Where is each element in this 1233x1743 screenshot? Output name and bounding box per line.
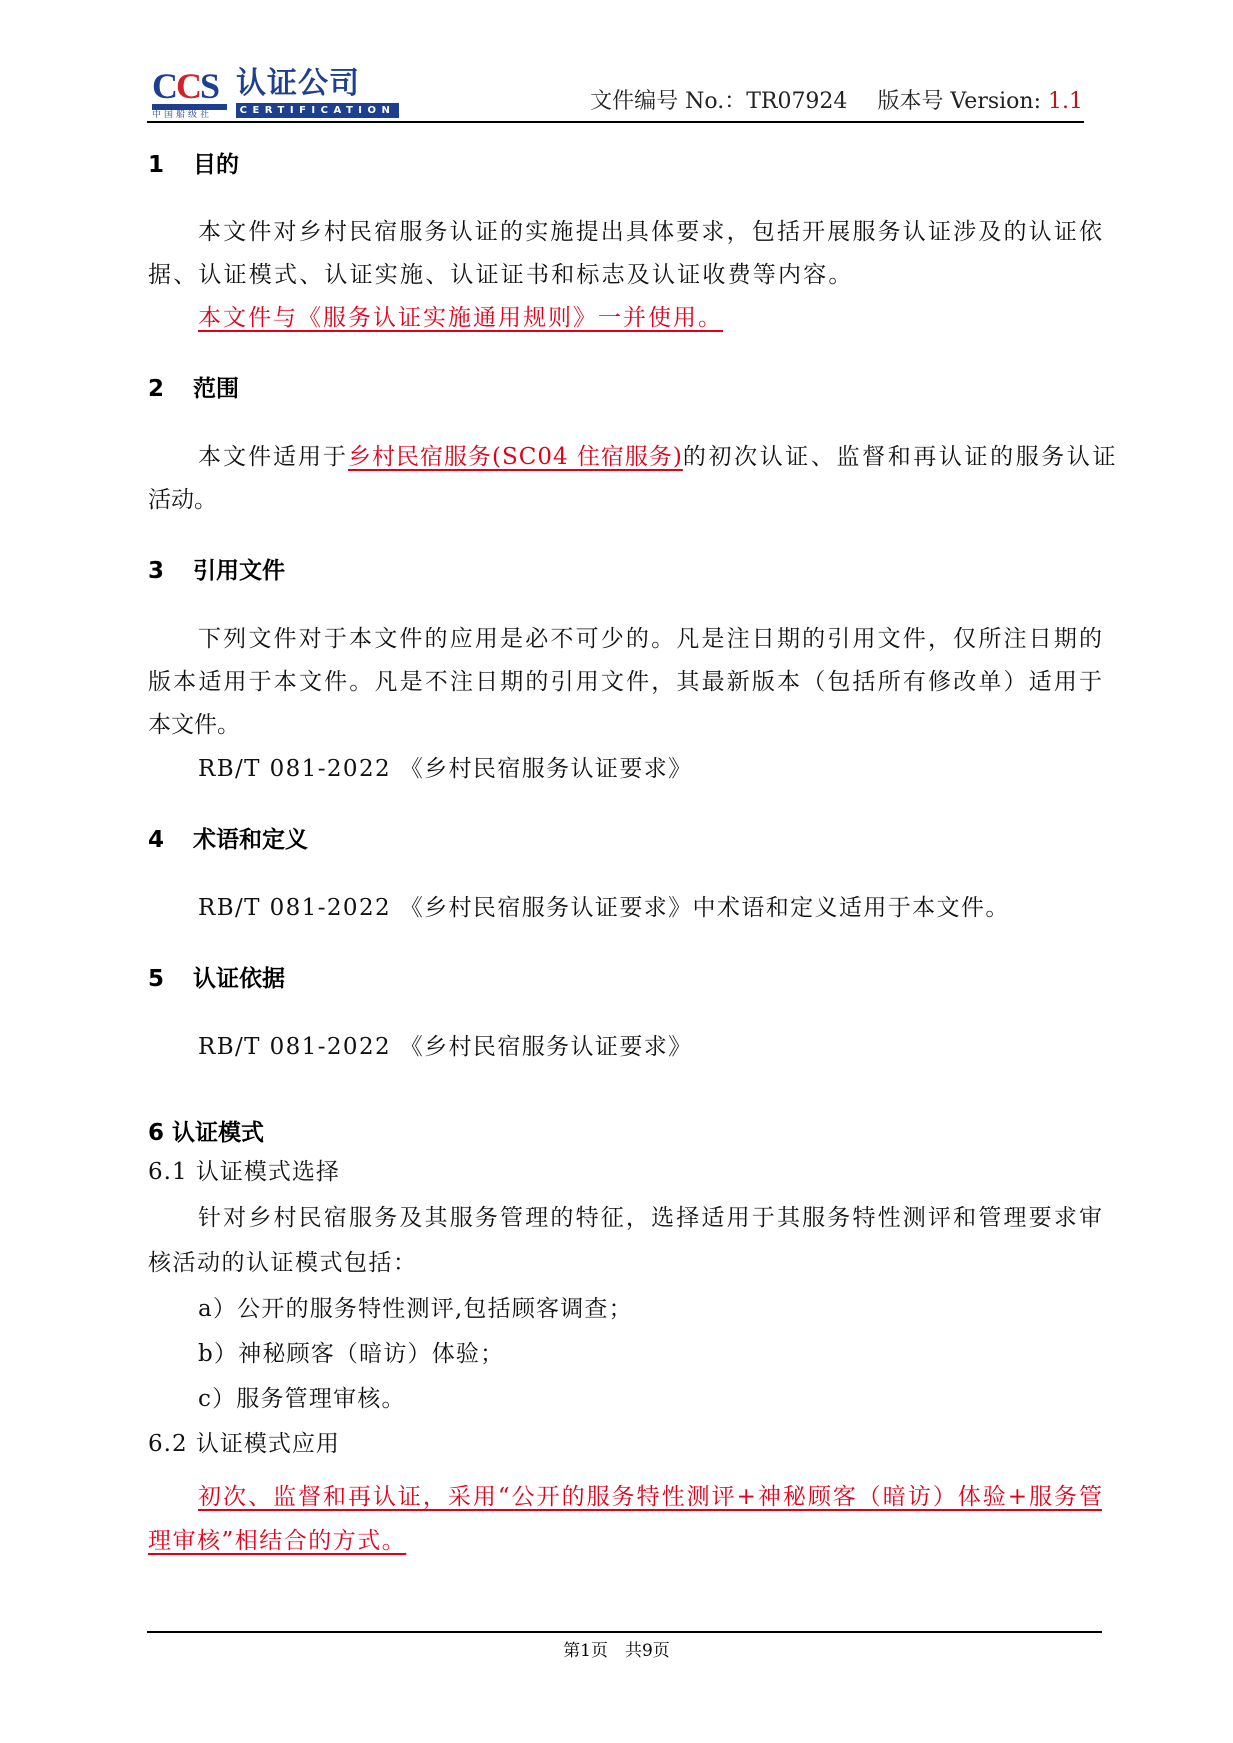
section-6-heading: 6认证模式 xyxy=(148,1118,264,1148)
page-number: 第1页 共9页 xyxy=(0,1640,1233,1662)
mode-list-item-a: a）公开的服务特性测评,包括顾客调查； xyxy=(198,1294,633,1324)
section-2-para-line2: 活动。 xyxy=(148,485,217,515)
document-meta: 文件编号 No.：TR07924版本号 Version: 1.1 xyxy=(590,88,1083,116)
logo-ccs-mark: CCS xyxy=(152,68,218,104)
section-6-2-red-line2: 理审核”相结合的方式。 xyxy=(148,1526,406,1556)
section-1-para-line2: 据、认证模式、认证实施、认证证书和标志及认证收费等内容。 xyxy=(148,260,854,290)
text: 本文件适用于 xyxy=(198,442,348,472)
section-title: 术语和定义 xyxy=(193,827,308,853)
section-5-heading: 5认证依据 xyxy=(148,964,285,994)
section-5-para: RB/T 081-2022 《乡村民宿服务认证要求》 xyxy=(198,1032,693,1062)
footer-rule xyxy=(147,1631,1102,1633)
logo-society-cn: 中国船级社 xyxy=(152,110,212,120)
section-number: 3 xyxy=(148,556,193,586)
section-number: 4 xyxy=(148,825,193,855)
section-title: 引用文件 xyxy=(193,558,285,584)
section-title: 目的 xyxy=(193,152,239,178)
logo-certification-band: CERTIFICATION xyxy=(236,103,399,118)
section-3-heading: 3引用文件 xyxy=(148,556,285,586)
mode-list-item-c: c）服务管理审核。 xyxy=(198,1384,406,1414)
section-number: 2 xyxy=(148,374,193,404)
header-rule xyxy=(147,121,1084,123)
section-6-1-para-line2: 核活动的认证模式包括： xyxy=(148,1248,418,1278)
section-title: 认证依据 xyxy=(193,966,285,992)
section-number: 6 xyxy=(148,1118,172,1148)
section-3-para-line2: 版本适用于本文件。凡是不注日期的引用文件，其最新版本（包括所有修改单）适用于 xyxy=(148,667,1102,697)
section-6-2-heading: 6.2 认证模式应用 xyxy=(148,1429,340,1459)
company-logo: CCS 认证公司 中国船级社 CERTIFICATION xyxy=(152,68,402,118)
section-3-para-line1: 下列文件对于本文件的应用是必不可少的。凡是注日期的引用文件，仅所注日期的 xyxy=(198,624,1102,654)
logo-company-name: 认证公司 xyxy=(236,68,360,100)
section-1-red-note: 本文件与《服务认证实施通用规则》一并使用。 xyxy=(198,303,723,333)
section-1-heading: 1目的 xyxy=(148,150,239,180)
section-1-para-line1: 本文件对乡村民宿服务认证的实施提出具体要求，包括开展服务认证涉及的认证依 xyxy=(198,217,1102,247)
doc-number-label: 文件编号 No.： xyxy=(590,89,746,114)
doc-number: TR07924 xyxy=(746,89,847,114)
section-title: 认证模式 xyxy=(172,1120,264,1146)
section-3-para-line3: 本文件。 xyxy=(148,710,240,740)
section-6-1-heading: 6.1 认证模式选择 xyxy=(148,1157,340,1187)
section-4-heading: 4术语和定义 xyxy=(148,825,308,855)
text: 的初次认证、监督和再认证的服务认证 xyxy=(683,442,1118,472)
version-label: 版本号 Version: xyxy=(877,89,1041,114)
section-2-heading: 2范围 xyxy=(148,374,239,404)
section-number: 1 xyxy=(148,150,193,180)
version-value: 1.1 xyxy=(1048,89,1083,114)
section-number: 5 xyxy=(148,964,193,994)
mode-list-item-b: b）神秘顾客（暗访）体验； xyxy=(198,1339,504,1369)
section-2-para-line1: 本文件适用于乡村民宿服务(SC04 住宿服务)的初次认证、监督和再认证的服务认证 xyxy=(198,442,1102,472)
section-3-reference: RB/T 081-2022 《乡村民宿服务认证要求》 xyxy=(198,754,693,784)
section-6-1-para-line1: 针对乡村民宿服务及其服务管理的特征，选择适用于其服务特性测评和管理要求审 xyxy=(198,1203,1102,1233)
section-title: 范围 xyxy=(193,376,239,402)
section-6-2-red-line1: 初次、监督和再认证，采用“公开的服务特性测评+神秘顾客（暗访）体验+服务管 xyxy=(198,1482,1102,1512)
section-4-para: RB/T 081-2022 《乡村民宿服务认证要求》中术语和定义适用于本文件。 xyxy=(198,893,1010,923)
scope-highlight: 乡村民宿服务(SC04 住宿服务) xyxy=(348,442,683,472)
